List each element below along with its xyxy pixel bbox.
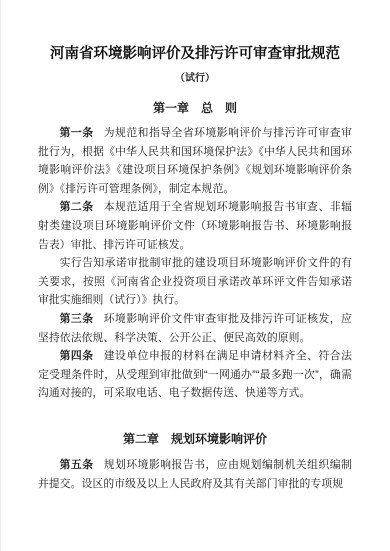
chapter-2-body: 第五条规划环境影响报告书，应由规划编制机关组织编制并提交。设区的市级及以上人民政… [38, 456, 352, 493]
document-page: 河南省环境影响评价及排污许可审查审批规范 （试行） 第一章 总 则 第一条为规范… [0, 0, 390, 551]
paragraph-article-5: 第五条规划环境影响报告书，应由规划编制机关组织编制并提交。设区的市级及以上人民政… [38, 456, 352, 493]
article-4-label: 第四条 [60, 350, 94, 362]
document-subtitle: （试行） [38, 72, 352, 86]
paragraph-article-2-supplement: 实行告知承诺审批制审批的建设项目环境影响评价文件的有关要求，按照《河南省企业投资… [38, 254, 352, 310]
paragraph-article-2: 第二条本规范适用于全省规划环境影响报告书审查、非辐射类建设项目环境影响评价文件（… [38, 198, 352, 254]
article-2-label: 第二条 [60, 201, 94, 213]
article-3-label: 第三条 [60, 313, 94, 325]
chapter-1-body: 第一条为规范和指导全省环境影响评价与排污许可审查审批行为，根据《中华人民共和国环… [38, 124, 352, 403]
paragraph-article-1: 第一条为规范和指导全省环境影响评价与排污许可审查审批行为，根据《中华人民共和国环… [38, 124, 352, 198]
document-title: 河南省环境影响评价及排污许可审查审批规范 [38, 44, 352, 64]
article-2-supplement-text: 实行告知承诺审批制审批的建设项目环境影响评价文件的有关要求，按照《河南省企业投资… [38, 257, 352, 306]
chapter-1-heading: 第一章 总 则 [38, 99, 352, 117]
chapter-2-heading: 第二章 规划环境影响评价 [38, 430, 352, 448]
article-1-label: 第一条 [60, 127, 94, 139]
paragraph-article-3: 第三条环境影响评价文件审查审批及排污许可证核发，应坚持依法依规、科学决策、公开公… [38, 310, 352, 347]
article-5-label: 第五条 [60, 459, 94, 471]
paragraph-article-4: 第四条建设单位申报的材料在满足申请材料齐全、符合法定受理条件时，从受理到审批做到… [38, 347, 352, 403]
